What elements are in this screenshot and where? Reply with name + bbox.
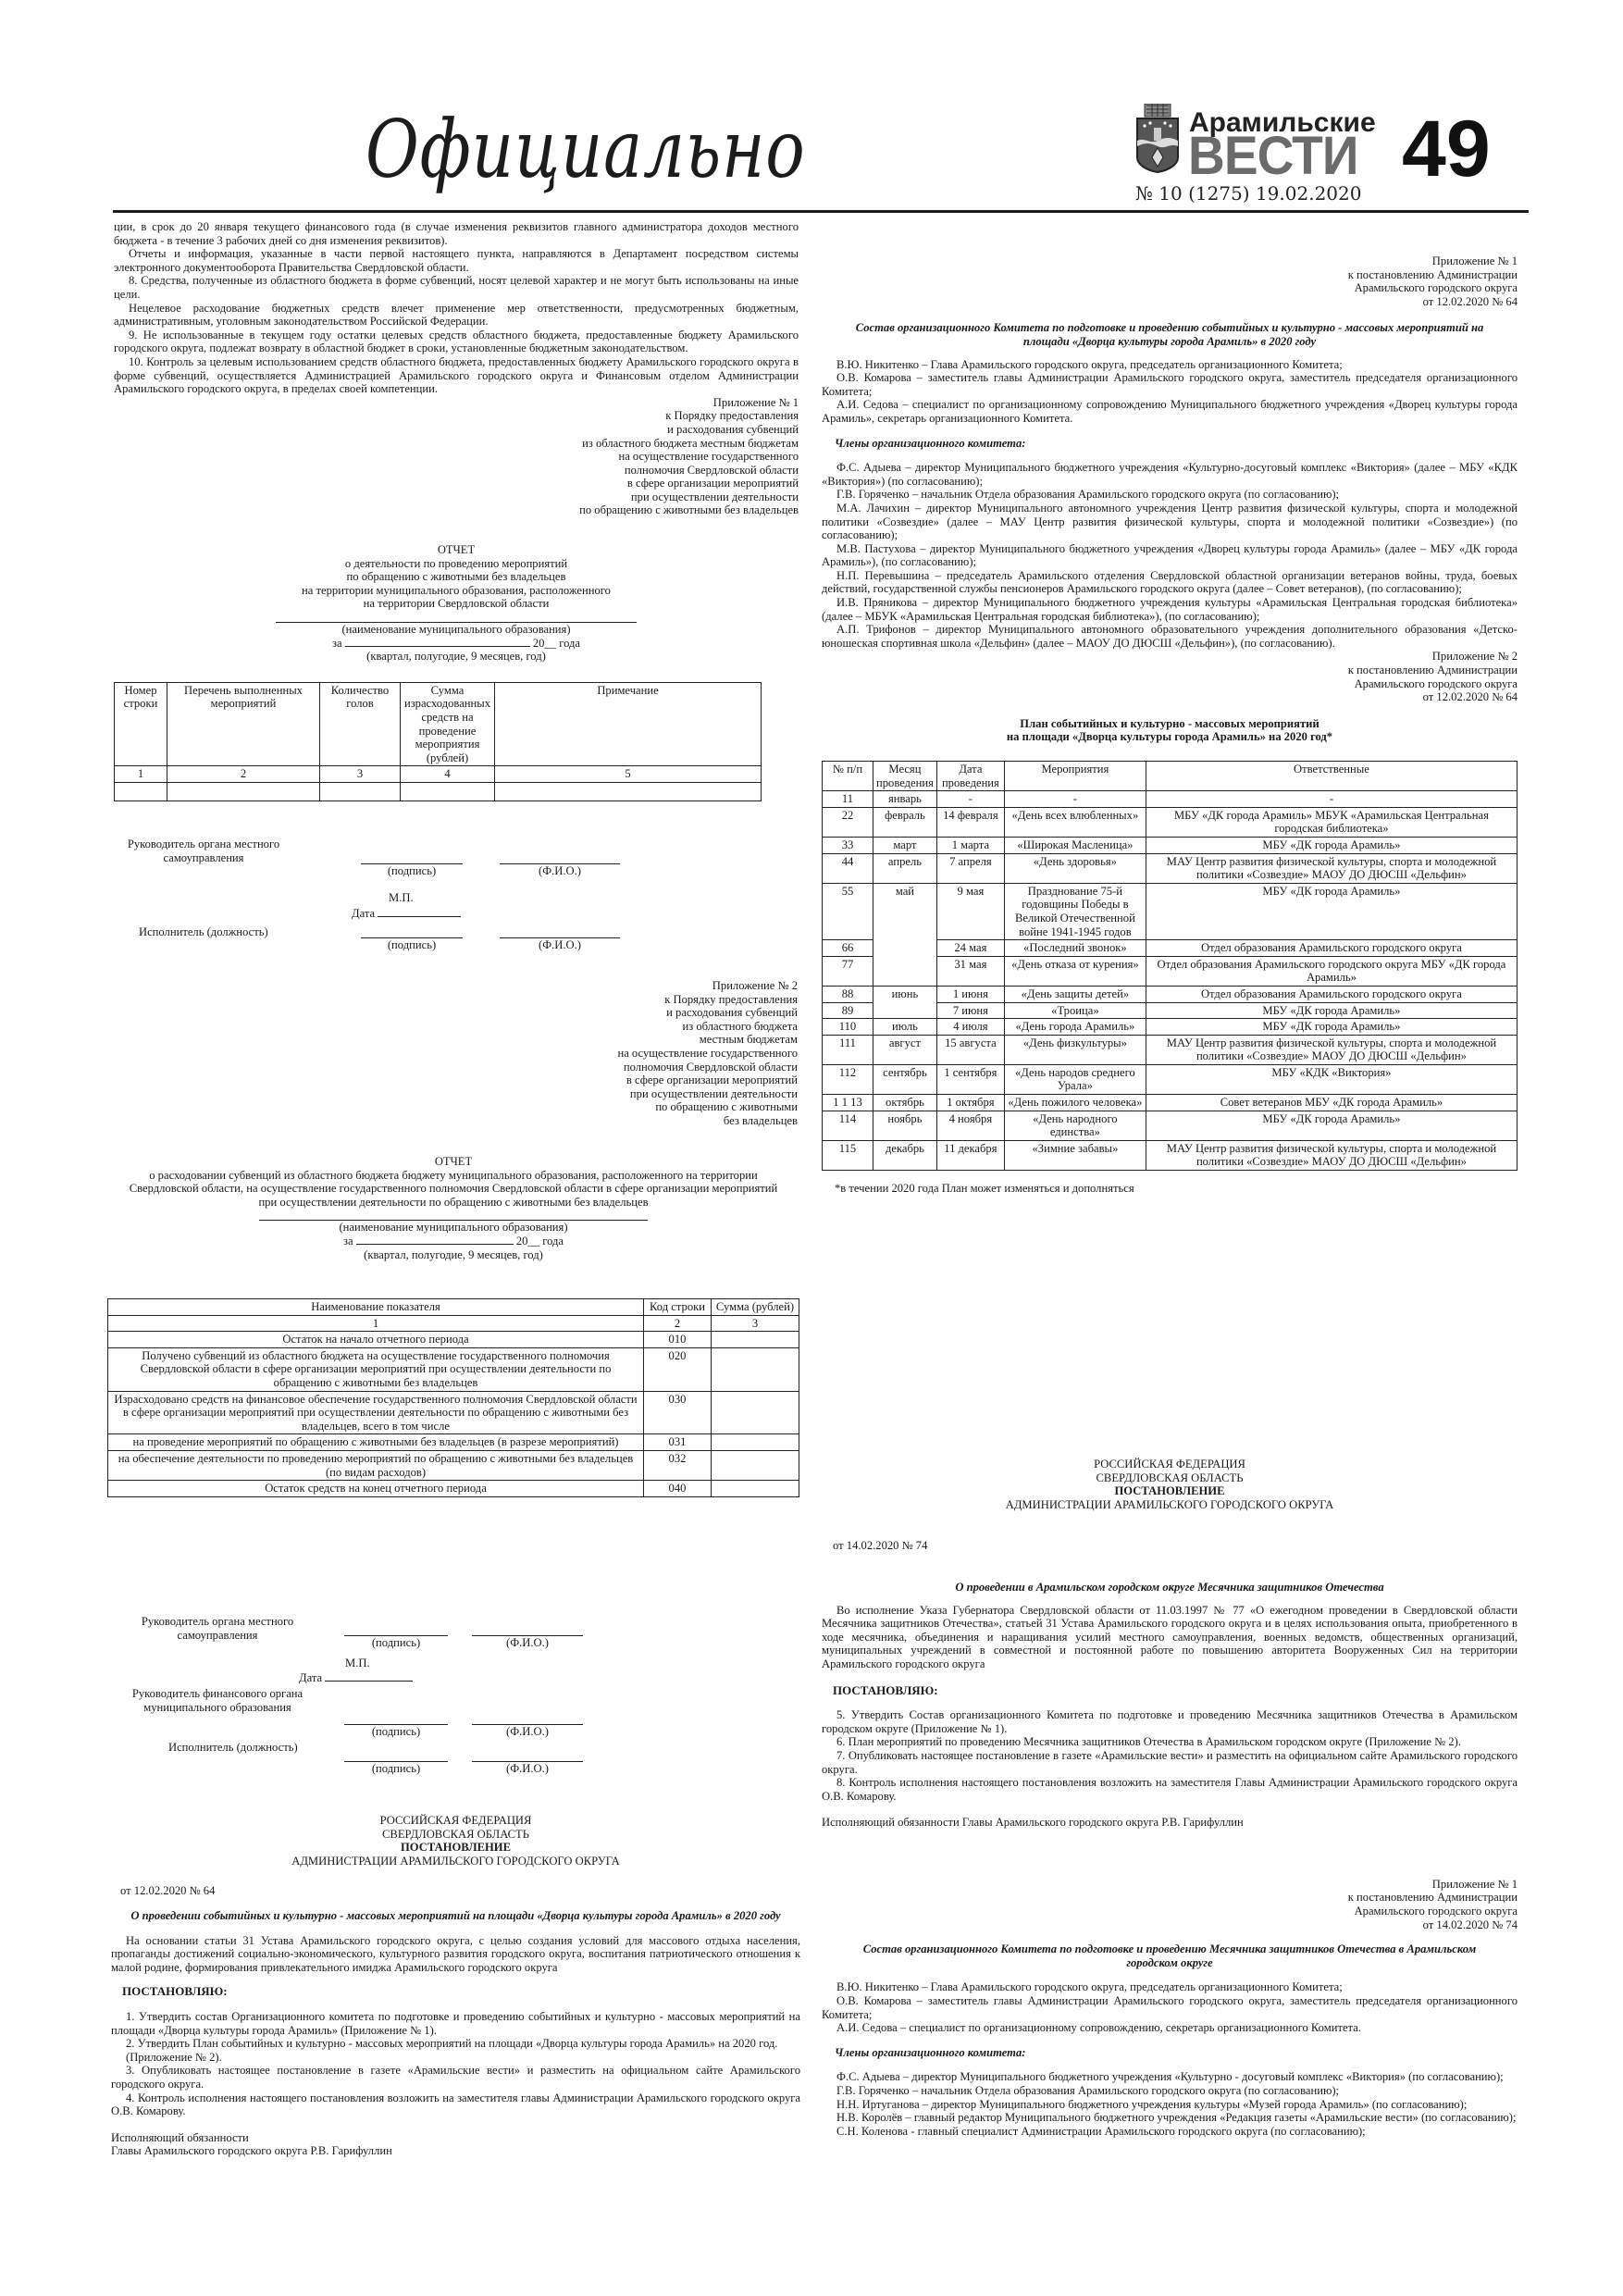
committee-member: Н.П. Перевышина – председатель Арамильск… [822, 569, 1518, 596]
committee-leader: В.Ю. Никитенко – Глава Арамильского горо… [822, 358, 1518, 372]
amount-cell[interactable] [712, 1450, 799, 1480]
decree-74-signer: Исполняющий обязанности Главы Арамильско… [822, 1816, 1518, 1830]
decree-64-resolve: ПОСТАНОВЛЯЮ: [111, 1985, 800, 1999]
table-row: 44апрель7 апреля«День здоровья»МАУ Центр… [823, 853, 1518, 883]
report-1-signatures: Руководитель органа местного самоуправле… [111, 838, 777, 864]
appendix-1-decree-64: Приложение № 1к постановлению Администра… [822, 254, 1518, 308]
committee-member: С.Н. Коленова - главный специалист Админ… [822, 2125, 1518, 2139]
table-row: Израсходовано средств на финансовое обес… [108, 1391, 799, 1434]
amount-cell[interactable] [712, 1481, 799, 1497]
committee-member: М.В. Пастухова – директор Муниципального… [822, 542, 1518, 569]
table-row: на обеспечение деятельности по проведени… [108, 1450, 799, 1480]
paragraph: 10. Контроль за целевым использованием с… [114, 355, 799, 396]
committee-member: Ф.С. Адыева – директор Муниципального бю… [822, 461, 1518, 488]
amount-cell[interactable] [712, 1332, 799, 1348]
report-1-table: Номер строки Перечень выполненных меропр… [114, 682, 762, 801]
decree-64-header: РОССИЙСКАЯ ФЕДЕРАЦИЯ СВЕРДЛОВСКАЯ ОБЛАСТ… [111, 1814, 800, 1868]
table-row: 33март1 марта«Широкая Масленица»МБУ «ДК … [823, 837, 1518, 853]
paragraph: 8. Средства, полученные из областного бю… [114, 274, 799, 301]
table-row: 1 1 13октябрь1 октября«День пожилого чел… [823, 1095, 1518, 1111]
table-row: 11январь--- [823, 791, 1518, 808]
decree-64-date: от 12.02.2020 № 64 [111, 1884, 800, 1898]
decree-64: РОССИЙСКАЯ ФЕДЕРАЦИЯ СВЕРДЛОВСКАЯ ОБЛАСТ… [111, 1814, 800, 2158]
page-number: 49 [1402, 109, 1491, 189]
table-row: 88июнь1 июня«День защиты детей»Отдел обр… [823, 986, 1518, 1002]
report-2-signatures: Руководитель органа местного самоуправле… [111, 1615, 777, 1791]
table-row: 115декабрь11 декабря«Зимние забавы»МАУ Ц… [823, 1140, 1518, 1170]
section-title: Официально [365, 104, 806, 196]
committee-member: Г.В. Горяченко – начальник Отдела образо… [822, 2084, 1518, 2098]
events-plan-table: № п/п Месяц проведения Дата проведения М… [822, 761, 1518, 1171]
decree-64-preamble: На основании статьи 31 Устава Арамильско… [111, 1934, 800, 1975]
amount-cell[interactable] [712, 1434, 799, 1451]
decree-64-title: О проведении событийных и культурно - ма… [111, 1909, 800, 1923]
header-rule [113, 210, 1529, 213]
amount-cell[interactable] [712, 1347, 799, 1391]
report-2-table: Наименование показателя Код строки Сумма… [107, 1298, 799, 1497]
committee-member: Н.В. Королёв – главный редактор Муниципа… [822, 2111, 1518, 2125]
appendix-2-decree-64: Приложение № 2к постановлению Администра… [822, 650, 1518, 703]
committee-leader: О.В. Комарова – заместитель главы Админи… [822, 371, 1518, 398]
paragraph: ции, в срок до 20 января текущего финанс… [114, 220, 799, 247]
decree-74-preamble: Во исполнение Указа Губернатора Свердлов… [822, 1604, 1518, 1671]
paragraph: Нецелевое расходование бюджетных средств… [114, 302, 799, 329]
appendix-1-header: Приложение № 1к Порядку предоставления и… [114, 396, 799, 517]
appendix-2-header: Приложение № 2к Порядку предоставления и… [370, 979, 798, 1128]
members-heading: Члены организационного комитета: [822, 437, 1518, 451]
brand-name-main: ВЕСТИ [1188, 130, 1357, 183]
decree-74: РОССИЙСКАЯ ФЕДЕРАЦИЯ СВЕРДЛОВСКАЯ ОБЛАСТ… [822, 1458, 1518, 2138]
committee-member: Н.Н. Иртуганова – директор Муниципальног… [822, 2098, 1518, 2112]
amount-cell[interactable] [712, 1391, 799, 1434]
table-row: 112сентябрь1 сентября«День народов средн… [823, 1064, 1518, 1094]
decree-64-signer: Исполняющий обязанности [111, 2131, 800, 2145]
table-row: 111август15 августа«День физкультуры»МАУ… [823, 1035, 1518, 1064]
paragraph: 9. Не использованные в текущем году оста… [114, 329, 799, 355]
report-1-title: ОТЧЕТо деятельности по проведению меропр… [114, 543, 799, 664]
plan-title: План событийных и культурно - массовых м… [822, 717, 1518, 744]
table-row: на проведение мероприятий по обращению с… [108, 1434, 799, 1451]
coat-of-arms-icon [1134, 104, 1182, 176]
issue-info: № 10 (1275) 19.02.2020 [1135, 182, 1361, 205]
table-row: 114ноябрь4 ноября«День народного единств… [823, 1111, 1518, 1140]
table-row: Остаток на начало отчетного периода010 [108, 1332, 799, 1348]
report-2-title: ОТЧЕТ о расходовании субвенций из област… [111, 1155, 796, 1261]
decree-74-date: от 14.02.2020 № 74 [822, 1539, 1518, 1553]
report-2-table-wrap: Наименование показателя Код строки Сумма… [107, 1298, 799, 1497]
committee-member: Ф.С. Адыева – директор Муниципального бю… [822, 2070, 1518, 2084]
committee-member: Г.В. Горяченко – начальник Отдела образо… [822, 488, 1518, 502]
table-row: 110июль4 июля«День города Арамиль»МБУ «Д… [823, 1019, 1518, 1036]
plan-note: *в течении 2020 года План может изменять… [822, 1182, 1518, 1196]
table-row: Получено субвенций из областного бюджета… [108, 1347, 799, 1391]
committee-member: И.В. Пряникова – директор Муниципального… [822, 596, 1518, 623]
table-row: 22февраль14 февраля«День всех влюбленных… [823, 807, 1518, 837]
committee-member: А.П. Трифонов – директор Муниципального … [822, 623, 1518, 650]
appendix-1-decree-74: Приложение № 1к постановлению Администра… [822, 1878, 1518, 1931]
left-column: ции, в срок до 20 января текущего финанс… [114, 220, 799, 801]
right-column: Приложение № 1к постановлению Администра… [822, 254, 1518, 1196]
table-row: Остаток средств на конец отчетного перио… [108, 1481, 799, 1497]
paragraph: Отчеты и информация, указанные в части п… [114, 247, 799, 274]
table-row: 55май9 маяПразднование 75-й годовщины По… [823, 883, 1518, 939]
committee-leader: А.И. Седова – специалист по организацион… [822, 398, 1518, 425]
committee-member: М.А. Лачихин – директор Муниципального а… [822, 502, 1518, 542]
committee-title: Состав организационного Комитета по подг… [822, 321, 1518, 348]
decree-74-title: О проведении в Арамильском городском окр… [822, 1581, 1518, 1595]
